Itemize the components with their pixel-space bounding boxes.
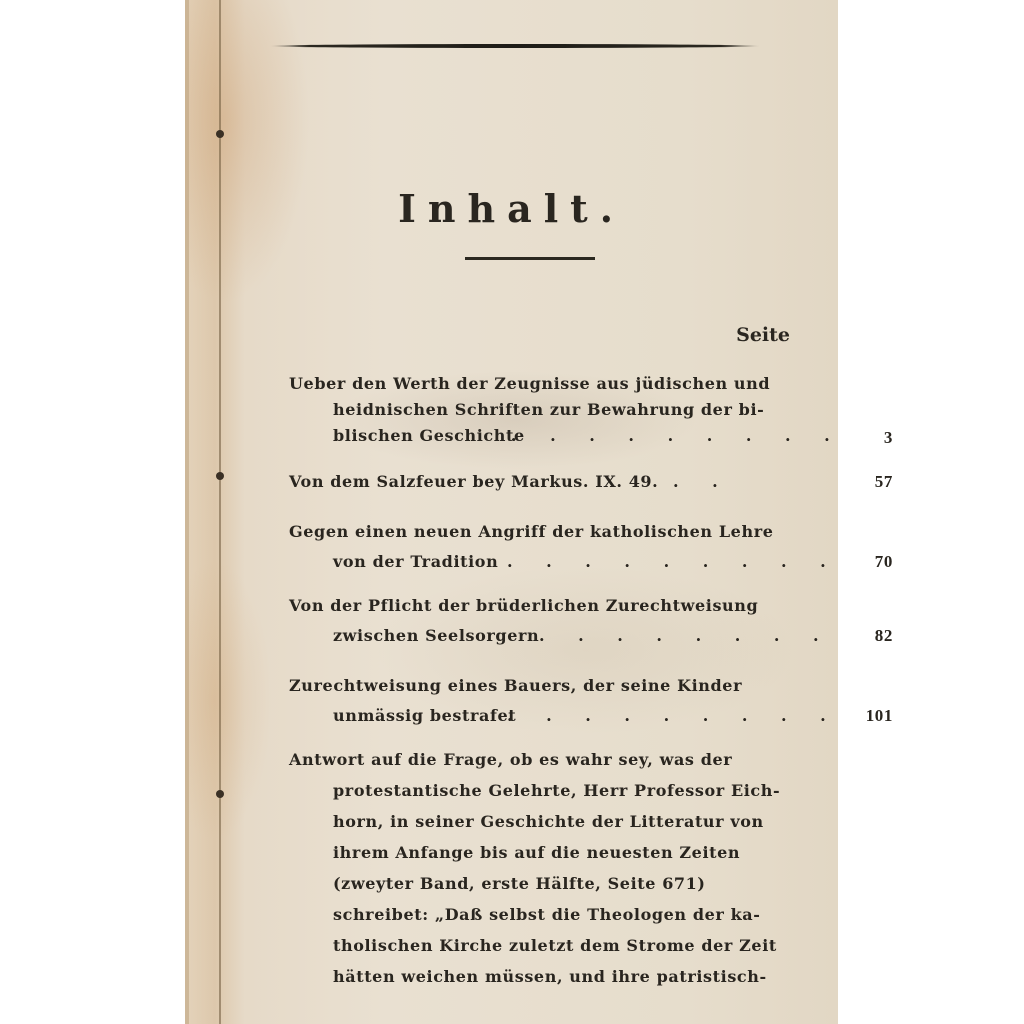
page-number: 101 (833, 704, 893, 728)
binding-stitch (216, 130, 224, 138)
title-underline (465, 257, 595, 260)
toc-entry-line: von der Tradition (333, 550, 498, 574)
page-edge (185, 0, 189, 1024)
toc-entry-line: schreibet: „Daß selbst die Theologen der… (333, 903, 761, 927)
binding-stitch (216, 790, 224, 798)
toc-entry-line: zwischen Seelsorgern (333, 624, 539, 648)
toc-entry-line: horn, in seiner Geschichte der Litteratu… (333, 810, 764, 834)
toc-entry-line: blischen Geschichte (333, 424, 525, 448)
leader-dots: . . . . . . . . . (507, 550, 840, 574)
binding-gutter-line (219, 0, 221, 1024)
page-number: 3 (833, 426, 893, 450)
page-number: 82 (833, 624, 893, 648)
toc-entry-line: ihrem Anfange bis auf die neuesten Zeite… (333, 841, 740, 865)
toc-entry-line: heidnischen Schriften zur Bewahrung der … (333, 398, 764, 422)
page-number: 70 (833, 550, 893, 574)
book-page: ​ ​ Inhalt. Seite Ueber den Werth der Ze… (185, 0, 838, 1024)
toc-entry-line: Von dem Salzfeuer bey Markus. IX. 49. (289, 470, 658, 494)
toc-entry-line: (zweyter Band, erste Hälfte, Seite 671) (333, 872, 706, 896)
toc-entry-line: tholischen Kirche zuletzt dem Strome der… (333, 934, 777, 958)
toc-entry-line: Ueber den Werth der Zeugnisse aus jüdisc… (289, 372, 770, 396)
page-number: 57 (833, 470, 893, 494)
toc-entry-line: protestantische Gelehrte, Herr Professor… (333, 779, 780, 803)
leader-dots: . . (673, 470, 732, 494)
binding-stitch (216, 472, 224, 480)
leader-dots: . . . . . . . . (539, 624, 833, 648)
toc-entry-line: Antwort auf die Frage, ob es wahr sey, w… (289, 748, 732, 772)
leader-dots: . . . . . . . . . (511, 424, 844, 448)
toc-entry-line: hätten weichen müssen, und ihre patristi… (333, 965, 767, 989)
page-column-label: Seite (736, 324, 790, 346)
toc-entry-line: Von der Pflicht der brüderlichen Zurecht… (289, 594, 758, 618)
toc-entry-line: Gegen einen neuen Angriff der katholisch… (289, 520, 774, 544)
page-title: Inhalt. (185, 186, 838, 231)
header-rule (270, 44, 760, 48)
toc-entry-line: Zurechtweisung eines Bauers, der seine K… (289, 674, 742, 698)
leader-dots: . . . . . . . . . (507, 704, 840, 728)
toc-entry-line: unmässig bestrafet (333, 704, 516, 728)
